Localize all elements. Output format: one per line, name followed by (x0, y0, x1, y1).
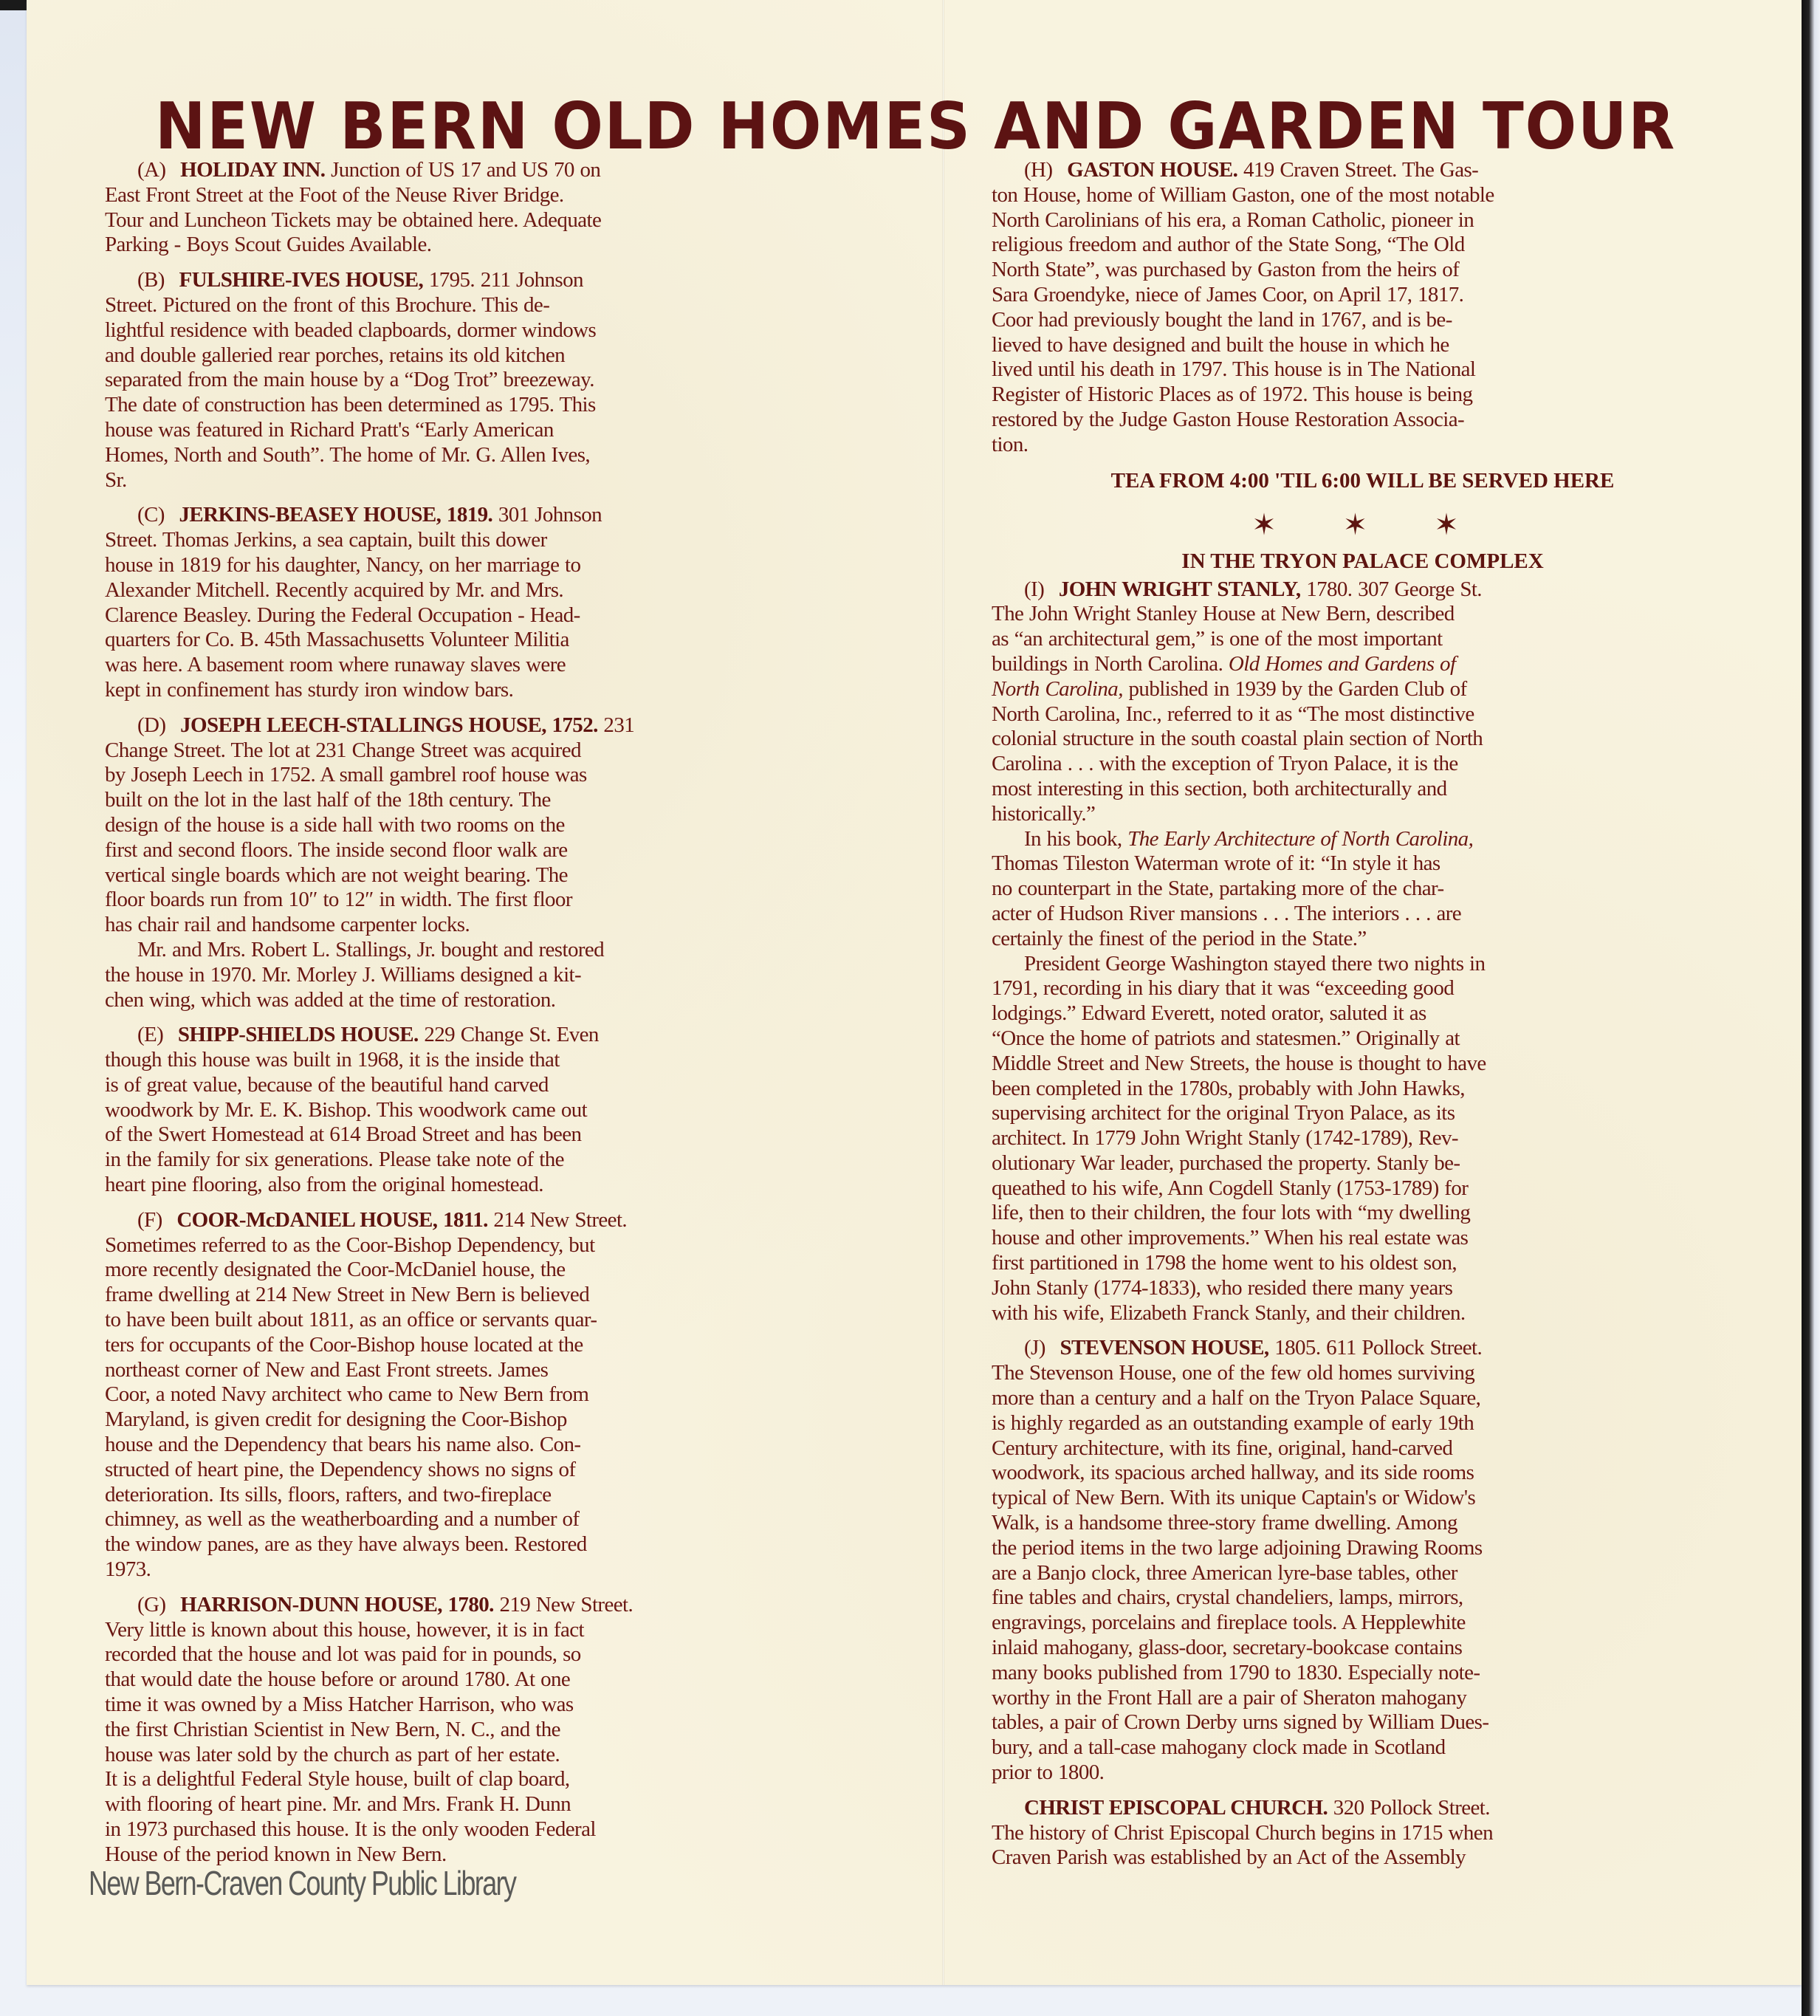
text-line: olutionary War leader, purchased the pro… (992, 1151, 1734, 1176)
text-line: separated from the main house by a “Dog … (105, 368, 847, 393)
text-run: Change Street. The lot at 231 Change Str… (105, 738, 581, 762)
text-line: of the Swert Homestead at 614 Broad Stre… (105, 1122, 847, 1148)
text-run: lodgings.” Edward Everett, noted orator,… (992, 1001, 1426, 1025)
text-line: heart pine flooring, also from the origi… (105, 1173, 847, 1198)
library-watermark: New Bern-Craven County Public Library (89, 1862, 515, 1904)
entry-label: (F) (137, 1208, 162, 1232)
text-run: vertical single boards which are not wei… (105, 863, 568, 887)
text-run: kept in confinement has sturdy iron wind… (105, 678, 513, 702)
text-line: (F) COOR-McDANIEL HOUSE, 1811. 214 New S… (105, 1208, 847, 1233)
text-run: more than a century and a half on the Tr… (992, 1386, 1480, 1410)
text-line: Carolina . . . with the exception of Try… (992, 752, 1734, 777)
entry-shipp-shields-house: (E) SHIPP-SHIELDS HOUSE. 229 Change St. … (105, 1023, 847, 1198)
text-line: Street. Pictured on the front of this Br… (105, 293, 847, 318)
text-run: northeast corner of New and East Front s… (105, 1358, 548, 1382)
text-line: architect. In 1779 John Wright Stanly (1… (992, 1126, 1734, 1151)
entry-name: GASTON HOUSE. (1067, 158, 1237, 182)
text-run: built on the lot in the last half of the… (105, 788, 551, 812)
text-run: is of great value, because of the beauti… (105, 1073, 549, 1097)
text-run: “Once the home of patriots and statesmen… (992, 1026, 1460, 1050)
entry-name: HARRISON-DUNN HOUSE, 1780. (180, 1593, 494, 1616)
text-run: tables, a pair of Crown Derby urns signe… (992, 1710, 1488, 1734)
text-run: has chair rail and handsome carpenter lo… (105, 913, 470, 936)
text-run: house was later sold by the church as pa… (105, 1743, 560, 1766)
text-run: inlaid mahogany, glass-door, secretary-b… (992, 1636, 1462, 1659)
text-line: as “an architectural gem,” is one of the… (992, 627, 1734, 652)
text-line: Clarence Beasley. During the Federal Occ… (105, 603, 847, 628)
entry-name: JERKINS-BEASEY HOUSE, 1819. (179, 503, 493, 527)
text-run: chimney, as well as the weatherboarding … (105, 1507, 580, 1531)
text-run: is highly regarded as an outstanding exa… (992, 1411, 1474, 1435)
text-run: 231 (603, 713, 634, 737)
text-line: built on the lot in the last half of the… (105, 788, 847, 813)
text-line: In his book, The Early Architecture of N… (992, 827, 1734, 852)
text-line: woodwork, its spacious arched hallway, a… (992, 1461, 1734, 1486)
text-line: fine tables and chairs, crystal chandeli… (992, 1585, 1734, 1611)
text-run: olutionary War leader, purchased the pro… (992, 1151, 1460, 1175)
text-run: tion. (992, 433, 1028, 456)
entry-name: STEVENSON HOUSE, (1060, 1336, 1268, 1360)
text-line: inlaid mahogany, glass-door, secretary-b… (992, 1636, 1734, 1661)
entry-label: (I) (1024, 577, 1044, 601)
text-line: chen wing, which was added at the time o… (105, 988, 847, 1013)
text-line: Coor, a noted Navy architect who came to… (105, 1382, 847, 1408)
text-line: in the family for six generations. Pleas… (105, 1148, 847, 1173)
entry-name: JOSEPH LEECH-STALLINGS HOUSE, 1752. (180, 713, 598, 737)
text-run: Thomas Tileston Waterman wrote of it: “I… (992, 851, 1440, 875)
text-line: most interesting in this section, both a… (992, 777, 1734, 802)
entry-john-wright-stanly: (I) JOHN WRIGHT STANLY, 1780. 307 George… (992, 577, 1734, 1326)
text-run: in the family for six generations. Pleas… (105, 1148, 564, 1171)
text-run: Coor had previously bought the land in 1… (992, 308, 1452, 332)
text-run: worthy in the Front Hall are a pair of S… (992, 1686, 1466, 1710)
text-line: restored by the Judge Gaston House Resto… (992, 408, 1734, 433)
text-line: design of the house is a side hall with … (105, 813, 847, 838)
text-run: deterioration. Its sills, floors, rafter… (105, 1483, 552, 1506)
text-line: with flooring of heart pine. Mr. and Mrs… (105, 1792, 847, 1817)
text-line: Change Street. The lot at 231 Change Str… (105, 738, 847, 764)
entry-holiday-inn: (A) HOLIDAY INN. Junction of US 17 and U… (105, 158, 847, 258)
star-divider-icon: ✶ ✶ ✶ (1006, 507, 1734, 544)
text-line: tion. (992, 433, 1734, 458)
text-run: time it was owned by a Miss Hatcher Harr… (105, 1693, 574, 1716)
text-line: was here. A basement room where runaway … (105, 653, 847, 678)
text-run: floor boards run from 10″ to 12″ in widt… (105, 888, 572, 911)
text-run: It is a delightful Federal Style house, … (105, 1767, 570, 1791)
text-run: 301 Johnson (498, 503, 602, 527)
text-line: Register of Historic Places as of 1972. … (992, 383, 1734, 408)
text-run: heart pine flooring, also from the origi… (105, 1173, 543, 1196)
text-run: Walk, is a handsome three-story frame dw… (992, 1511, 1457, 1535)
text-run: with flooring of heart pine. Mr. and Mrs… (105, 1792, 571, 1816)
text-line: by Joseph Leech in 1752. A small gambrel… (105, 763, 847, 788)
text-run: bury, and a tall-case mahogany clock mad… (992, 1735, 1446, 1759)
text-run: many books published from 1790 to 1830. … (992, 1661, 1480, 1684)
left-column: (A) HOLIDAY INN. Junction of US 17 and U… (105, 158, 847, 1878)
text-run: colonial structure in the south coastal … (992, 727, 1483, 750)
text-line: the window panes, are as they have alway… (105, 1532, 847, 1557)
text-line: North Carolinians of his era, a Roman Ca… (992, 208, 1734, 233)
text-run: in 1973 purchased this house. It is the … (105, 1817, 596, 1841)
text-line: The John Wright Stanley House at New Ber… (992, 602, 1734, 627)
entry-label: (C) (137, 503, 165, 527)
text-line: quarters for Co. B. 45th Massachusetts V… (105, 628, 847, 653)
text-run: been completed in the 1780s, probably wi… (992, 1077, 1465, 1100)
text-line: Craven Parish was established by an Act … (992, 1845, 1734, 1871)
text-run: acter of Hudson River mansions . . . The… (992, 902, 1461, 925)
text-line: 1791, recording in his diary that it was… (992, 976, 1734, 1001)
text-line: It is a delightful Federal Style house, … (105, 1767, 847, 1792)
entry-label: (A) (137, 158, 165, 182)
text-run: certainly the finest of the period in th… (992, 927, 1367, 950)
text-run: President George Washington stayed there… (1024, 952, 1485, 976)
text-run: woodwork, its spacious arched hallway, a… (992, 1461, 1474, 1484)
text-run: the first Christian Scientist in New Ber… (105, 1718, 560, 1741)
text-run: queathed to his wife, Ann Cogdell Stanly… (992, 1176, 1468, 1200)
text-run: recorded that the house and lot was paid… (105, 1642, 581, 1666)
text-line: (D) JOSEPH LEECH-STALLINGS HOUSE, 1752. … (105, 713, 847, 738)
text-line: woodwork by Mr. E. K. Bishop. This woodw… (105, 1098, 847, 1123)
text-line: more recently designated the Coor-McDani… (105, 1258, 847, 1283)
text-line: house and the Dependency that bears his … (105, 1433, 847, 1458)
text-run: In his book, (1024, 827, 1122, 851)
text-line: house was later sold by the church as pa… (105, 1743, 847, 1768)
text-run: Middle Street and New Streets, the house… (992, 1052, 1486, 1075)
text-run: The John Wright Stanley House at New Ber… (992, 602, 1455, 625)
text-run: Register of Historic Places as of 1972. … (992, 383, 1472, 406)
text-run: separated from the main house by a “Dog … (105, 368, 594, 391)
text-run: North Carolina, Inc., referred to it as … (992, 702, 1474, 726)
text-line: (H) GASTON HOUSE. 419 Craven Street. The… (992, 158, 1734, 183)
text-line: typical of New Bern. With its unique Cap… (992, 1486, 1734, 1511)
section-heading: IN THE TRYON PALACE COMPLEX (992, 548, 1734, 575)
fold-crease (942, 0, 944, 1985)
text-line: supervising architect for the original T… (992, 1101, 1734, 1126)
text-run: lived until his death in 1797. This hous… (992, 357, 1475, 381)
text-run: house was featured in Richard Pratt's “E… (105, 418, 554, 442)
text-line: lived until his death in 1797. This hous… (992, 357, 1734, 383)
scan-edge-top (0, 0, 27, 10)
text-line: (I) JOHN WRIGHT STANLY, 1780. 307 George… (992, 577, 1734, 603)
text-line: East Front Street at the Foot of the Neu… (105, 183, 847, 208)
entry-jerkins-beasey-house: (C) JERKINS-BEASEY HOUSE, 1819. 301 John… (105, 503, 847, 702)
text-run: Parking - Boys Scout Guides Available. (105, 233, 431, 256)
entry-joseph-leech-stallings-house: (D) JOSEPH LEECH-STALLINGS HOUSE, 1752. … (105, 713, 847, 1013)
text-run: design of the house is a side hall with … (105, 813, 565, 837)
text-line: worthy in the Front Hall are a pair of S… (992, 1686, 1734, 1711)
text-line: (G) HARRISON-DUNN HOUSE, 1780. 219 New S… (105, 1593, 847, 1618)
text-line: The date of construction has been determ… (105, 393, 847, 418)
text-run: East Front Street at the Foot of the Neu… (105, 183, 564, 207)
text-run: with his wife, Elizabeth Franck Stanly, … (992, 1301, 1466, 1325)
text-line: time it was owned by a Miss Hatcher Harr… (105, 1693, 847, 1718)
text-line: (C) JERKINS-BEASEY HOUSE, 1819. 301 John… (105, 503, 847, 528)
text-line: has chair rail and handsome carpenter lo… (105, 913, 847, 938)
text-run: 219 New Street. (499, 1593, 633, 1616)
text-line: John Stanly (1774-1833), who resided the… (992, 1276, 1734, 1301)
text-run: published in 1939 by the Garden Club of (1129, 677, 1467, 701)
text-line: to have been built about 1811, as an off… (105, 1308, 847, 1333)
text-run: fine tables and chairs, crystal chandeli… (992, 1585, 1463, 1609)
text-line: Walk, is a handsome three-story frame dw… (992, 1511, 1734, 1536)
text-run: Carolina . . . with the exception of Try… (992, 752, 1458, 775)
text-line: the house in 1970. Mr. Morley J. William… (105, 963, 847, 988)
text-line: Coor had previously bought the land in 1… (992, 308, 1734, 333)
text-run: 1973. (105, 1557, 151, 1581)
text-run: Street. Pictured on the front of this Br… (105, 293, 549, 317)
text-line: is highly regarded as an outstanding exa… (992, 1411, 1734, 1436)
text-line: are a Banjo clock, three American lyre-b… (992, 1561, 1734, 1586)
text-line: Middle Street and New Streets, the house… (992, 1052, 1734, 1077)
entry-name: HOLIDAY INN. (180, 158, 325, 182)
text-run: North Carolinians of his era, a Roman Ca… (992, 208, 1474, 232)
text-run: Coor, a noted Navy architect who came to… (105, 1382, 588, 1406)
entry-coor-mcdaniel-house: (F) COOR-McDANIEL HOUSE, 1811. 214 New S… (105, 1208, 847, 1583)
text-line: North Carolina, Inc., referred to it as … (992, 702, 1734, 727)
text-run: ton House, home of William Gaston, one o… (992, 183, 1494, 207)
text-line: buildings in North Carolina. Old Homes a… (992, 652, 1734, 677)
text-line: Thomas Tileston Waterman wrote of it: “I… (992, 851, 1734, 877)
text-run: Craven Parish was established by an Act … (992, 1845, 1466, 1869)
text-line: more than a century and a half on the Tr… (992, 1386, 1734, 1411)
text-line: CHRIST EPISCOPAL CHURCH. 320 Pollock Str… (992, 1796, 1734, 1821)
text-run: to have been built about 1811, as an off… (105, 1308, 597, 1331)
text-line: (E) SHIPP-SHIELDS HOUSE. 229 Change St. … (105, 1023, 847, 1048)
text-run: chen wing, which was added at the time o… (105, 988, 555, 1012)
text-line: recorded that the house and lot was paid… (105, 1642, 847, 1667)
entry-name: SHIPP-SHIELDS HOUSE. (178, 1023, 419, 1046)
entry-name: JOHN WRIGHT STANLY, (1059, 577, 1301, 601)
scan-edge-right (1802, 0, 1820, 2016)
text-line: 1973. (105, 1557, 847, 1583)
entry-gaston-house: (H) GASTON HOUSE. 419 Craven Street. The… (992, 158, 1734, 458)
text-run: Sometimes referred to as the Coor-Bishop… (105, 1233, 595, 1257)
text-run: frame dwelling at 214 New Street in New … (105, 1283, 589, 1306)
text-line: life, then to their children, the four l… (992, 1201, 1734, 1226)
text-run: Very little is known about this house, h… (105, 1618, 584, 1642)
entry-label: (D) (137, 713, 165, 737)
text-line: with his wife, Elizabeth Franck Stanly, … (992, 1301, 1734, 1326)
text-line: lieved to have designed and built the ho… (992, 333, 1734, 358)
text-line: North State”, was purchased by Gaston fr… (992, 258, 1734, 283)
text-line: bury, and a tall-case mahogany clock mad… (992, 1735, 1734, 1760)
text-run: 229 Change St. Even (424, 1023, 598, 1046)
entry-label: (B) (137, 268, 165, 292)
right-column: (H) GASTON HOUSE. 419 Craven Street. The… (992, 158, 1734, 1881)
text-line: floor boards run from 10″ to 12″ in widt… (105, 888, 847, 913)
text-run: first partitioned in 1798 the home went … (992, 1251, 1457, 1275)
text-line: lightful residence with beaded clapboard… (105, 318, 847, 343)
text-line: colonial structure in the south coastal … (992, 727, 1734, 752)
text-run: religious freedom and author of the Stat… (992, 233, 1465, 256)
text-line: and double galleried rear porches, retai… (105, 343, 847, 368)
text-line: deterioration. Its sills, floors, rafter… (105, 1483, 847, 1508)
text-run: house and the Dependency that bears his … (105, 1433, 580, 1456)
text-run: house in 1819 for his daughter, Nancy, o… (105, 553, 580, 577)
text-line: frame dwelling at 214 New Street in New … (105, 1283, 847, 1308)
text-run: though this house was built in 1968, it … (105, 1048, 560, 1072)
text-line: house in 1819 for his daughter, Nancy, o… (105, 553, 847, 578)
text-run: Homes, North and South”. The home of Mr.… (105, 443, 590, 467)
text-run: typical of New Bern. With its unique Cap… (992, 1486, 1475, 1509)
text-run: Junction of US 17 and US 70 on (331, 158, 600, 182)
text-line: northeast corner of New and East Front s… (105, 1358, 847, 1383)
text-line: Century architecture, with its fine, ori… (992, 1436, 1734, 1461)
entry-label: (E) (137, 1023, 163, 1046)
text-run: 419 Craven Street. The Gas- (1243, 158, 1478, 182)
text-line: engravings, porcelains and fireplace too… (992, 1611, 1734, 1636)
text-line: been completed in the 1780s, probably wi… (992, 1077, 1734, 1102)
text-line: Sometimes referred to as the Coor-Bishop… (105, 1233, 847, 1258)
text-run: engravings, porcelains and fireplace too… (992, 1611, 1466, 1634)
text-run: Alexander Mitchell. Recently acquired by… (105, 578, 563, 602)
text-run: lieved to have designed and built the ho… (992, 333, 1449, 357)
text-line: many books published from 1790 to 1830. … (992, 1661, 1734, 1686)
text-run: structed of heart pine, the Dependency s… (105, 1458, 575, 1481)
text-line: Mr. and Mrs. Robert L. Stallings, Jr. bo… (105, 938, 847, 963)
text-line: North Carolina, published in 1939 by the… (992, 677, 1734, 702)
text-run: most interesting in this section, both a… (992, 777, 1447, 800)
text-run: as “an architectural gem,” is one of the… (992, 627, 1443, 651)
text-line: the first Christian Scientist in New Ber… (105, 1718, 847, 1743)
text-run: of the Swert Homestead at 614 Broad Stre… (105, 1122, 581, 1146)
text-line: is of great value, because of the beauti… (105, 1073, 847, 1098)
text-line: President George Washington stayed there… (992, 952, 1734, 977)
text-run: Maryland, is given credit for designing … (105, 1408, 567, 1431)
text-line: structed of heart pine, the Dependency s… (105, 1458, 847, 1483)
text-run: architect. In 1779 John Wright Stanly (1… (992, 1126, 1458, 1150)
entry-label: (J) (1024, 1336, 1045, 1360)
text-run: house and other improvements.” When his … (992, 1226, 1468, 1249)
book-title: Old Homes and Gardens of (1229, 652, 1456, 676)
text-run: woodwork by Mr. E. K. Bishop. This woodw… (105, 1098, 587, 1122)
entry-label: (G) (137, 1593, 165, 1616)
text-run: Clarence Beasley. During the Federal Occ… (105, 603, 580, 627)
text-run: are a Banjo clock, three American lyre-b… (992, 1561, 1457, 1585)
text-run: the window panes, are as they have alway… (105, 1532, 587, 1556)
entry-fulshire-ives-house: (B) FULSHIRE-IVES HOUSE, 1795. 211 Johns… (105, 268, 847, 493)
entry-name: FULSHIRE-IVES HOUSE, (179, 268, 424, 292)
text-run: no counterpart in the State, partaking m… (992, 877, 1444, 900)
text-line: “Once the home of patriots and statesmen… (992, 1026, 1734, 1052)
text-run: that would date the house before or arou… (105, 1667, 570, 1691)
text-run: The Stevenson House, one of the few old … (992, 1361, 1474, 1385)
text-line: historically.” (992, 802, 1734, 827)
text-line: (J) STEVENSON HOUSE, 1805. 611 Pollock S… (992, 1336, 1734, 1361)
text-run: quarters for Co. B. 45th Massachusetts V… (105, 628, 569, 651)
text-line: first and second floors. The inside seco… (105, 838, 847, 863)
text-line: Sara Groendyke, niece of James Coor, on … (992, 283, 1734, 308)
text-run: the house in 1970. Mr. Morley J. William… (105, 963, 581, 987)
text-line: kept in confinement has sturdy iron wind… (105, 678, 847, 703)
text-line: first partitioned in 1798 the home went … (992, 1251, 1734, 1276)
text-line: Maryland, is given credit for designing … (105, 1408, 847, 1433)
text-line: no counterpart in the State, partaking m… (992, 877, 1734, 902)
text-line: (A) HOLIDAY INN. Junction of US 17 and U… (105, 158, 847, 183)
text-line: chimney, as well as the weatherboarding … (105, 1507, 847, 1532)
text-run: Mr. and Mrs. Robert L. Stallings, Jr. bo… (137, 938, 604, 961)
entry-christ-episcopal-church: CHRIST EPISCOPAL CHURCH. 320 Pollock Str… (992, 1796, 1734, 1871)
text-run: life, then to their children, the four l… (992, 1201, 1470, 1224)
text-line: house was featured in Richard Pratt's “E… (105, 418, 847, 443)
text-line: The history of Christ Episcopal Church b… (992, 1821, 1734, 1846)
text-run: prior to 1800. (992, 1760, 1104, 1784)
page-title: NEW BERN OLD HOMES AND GARDEN TOUR (155, 92, 1676, 165)
book-title: The Early Architecture of North Carolina… (1127, 827, 1473, 851)
text-line: (B) FULSHIRE-IVES HOUSE, 1795. 211 Johns… (105, 268, 847, 293)
text-run: The date of construction has been determ… (105, 393, 596, 416)
text-run: Tour and Luncheon Tickets may be obtaine… (105, 208, 601, 232)
text-run: more recently designated the Coor-McDani… (105, 1258, 566, 1281)
text-line: vertical single boards which are not wei… (105, 863, 847, 888)
book-title: North Carolina, (992, 677, 1123, 701)
text-run: ters for occupants of the Coor-Bishop ho… (105, 1333, 583, 1357)
text-line: the period items in the two large adjoin… (992, 1536, 1734, 1561)
text-run: North State”, was purchased by Gaston fr… (992, 258, 1459, 281)
text-run: was here. A basement room where runaway … (105, 653, 566, 676)
text-run: by Joseph Leech in 1752. A small gambrel… (105, 763, 587, 786)
text-run: buildings in North Carolina. (992, 652, 1223, 676)
text-run: 1780. 307 George St. (1306, 577, 1482, 601)
text-run: the period items in the two large adjoin… (992, 1536, 1483, 1560)
text-line: ters for occupants of the Coor-Bishop ho… (105, 1333, 847, 1358)
entry-stevenson-house: (J) STEVENSON HOUSE, 1805. 611 Pollock S… (992, 1336, 1734, 1785)
text-line: Sr. (105, 468, 847, 493)
text-run: 214 New Street. (493, 1208, 627, 1232)
text-run: 1795. 211 Johnson (429, 268, 583, 292)
text-run: The history of Christ Episcopal Church b… (992, 1821, 1493, 1845)
entry-name: CHRIST EPISCOPAL CHURCH. (1024, 1796, 1328, 1820)
text-run: restored by the Judge Gaston House Resto… (992, 408, 1464, 431)
text-run: Sara Groendyke, niece of James Coor, on … (992, 283, 1463, 306)
text-line: religious freedom and author of the Stat… (992, 233, 1734, 258)
entry-label: (H) (1024, 158, 1052, 182)
text-run: 1791, recording in his diary that it was… (992, 976, 1454, 1000)
text-line: queathed to his wife, Ann Cogdell Stanly… (992, 1176, 1734, 1201)
text-run: historically.” (992, 802, 1095, 826)
tea-notice: TEA FROM 4:00 'TIL 6:00 WILL BE SERVED H… (992, 468, 1734, 493)
text-run: first and second floors. The inside seco… (105, 838, 568, 862)
text-line: Homes, North and South”. The home of Mr.… (105, 443, 847, 468)
text-line: that would date the house before or arou… (105, 1667, 847, 1693)
text-line: The Stevenson House, one of the few old … (992, 1361, 1734, 1386)
text-run: lightful residence with beaded clapboard… (105, 318, 596, 342)
text-run: 320 Pollock Street. (1333, 1796, 1490, 1820)
text-line: Street. Thomas Jerkins, a sea captain, b… (105, 528, 847, 553)
text-run: supervising architect for the original T… (992, 1101, 1455, 1125)
text-line: though this house was built in 1968, it … (105, 1048, 847, 1073)
text-line: Alexander Mitchell. Recently acquired by… (105, 578, 847, 603)
text-run: John Stanly (1774-1833), who resided the… (992, 1276, 1452, 1300)
text-line: prior to 1800. (992, 1760, 1734, 1786)
text-run: and double galleried rear porches, retai… (105, 343, 565, 367)
text-run: 1805. 611 Pollock Street. (1274, 1336, 1482, 1360)
entry-harrison-dunn-house: (G) HARRISON-DUNN HOUSE, 1780. 219 New S… (105, 1593, 847, 1868)
text-line: Very little is known about this house, h… (105, 1618, 847, 1643)
text-line: acter of Hudson River mansions . . . The… (992, 902, 1734, 927)
text-line: tables, a pair of Crown Derby urns signe… (992, 1710, 1734, 1735)
entry-name: COOR-McDANIEL HOUSE, 1811. (176, 1208, 487, 1232)
text-line: Tour and Luncheon Tickets may be obtaine… (105, 208, 847, 233)
text-line: certainly the finest of the period in th… (992, 927, 1734, 952)
text-run: Street. Thomas Jerkins, a sea captain, b… (105, 528, 547, 552)
text-run: Sr. (105, 468, 127, 492)
text-line: in 1973 purchased this house. It is the … (105, 1817, 847, 1842)
text-run: Century architecture, with its fine, ori… (992, 1436, 1452, 1460)
text-line: Parking - Boys Scout Guides Available. (105, 233, 847, 258)
text-line: house and other improvements.” When his … (992, 1226, 1734, 1251)
text-line: ton House, home of William Gaston, one o… (992, 183, 1734, 208)
